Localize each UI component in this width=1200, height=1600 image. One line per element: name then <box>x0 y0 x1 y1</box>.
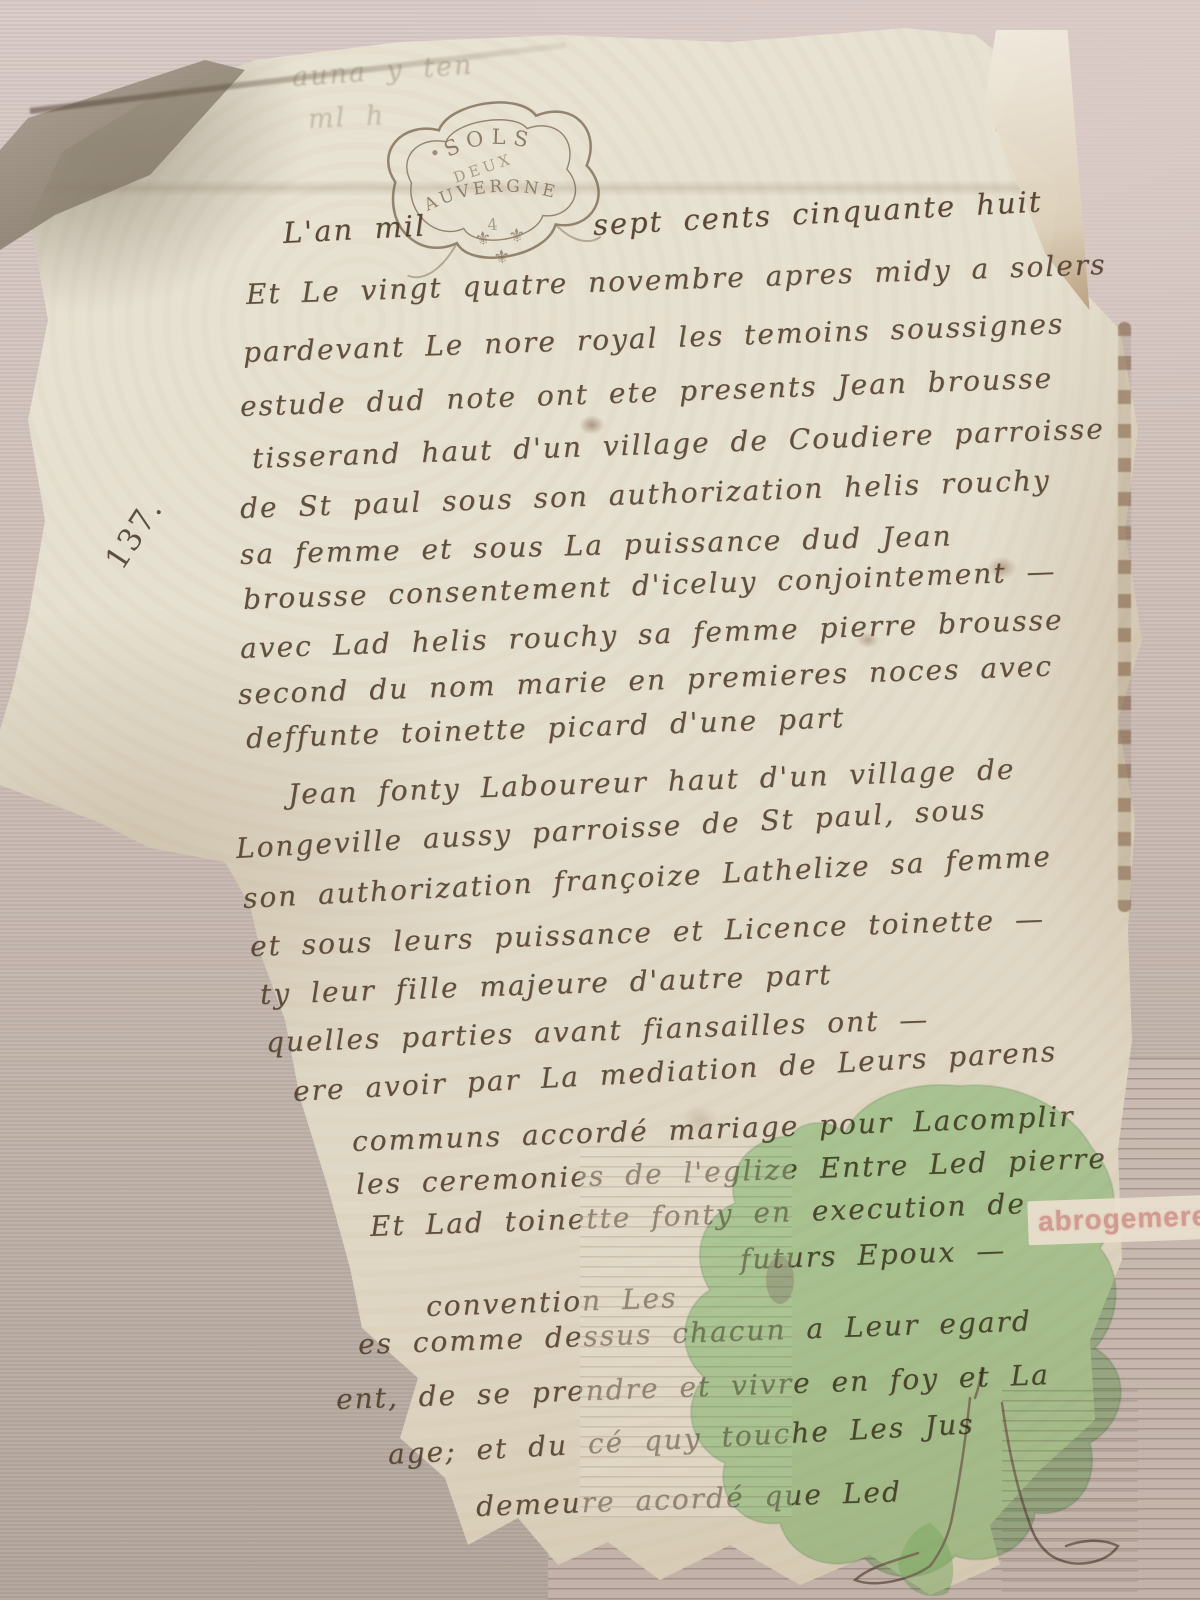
green-tree-watermark <box>630 1068 1170 1600</box>
photographed-manuscript: SOLS DEUX AUVERGNE 4 ⚜ ⚜ ⚜ 137. L'an mil… <box>0 0 1200 1600</box>
manuscript-line: ml h <box>307 100 386 135</box>
manuscript-line: ty leur fille majeure d'autre part <box>259 958 832 1011</box>
manuscript-line: sept cents cinquante huit <box>592 184 1043 242</box>
manuscript-line: deffunte toinette picard d'une part <box>245 701 845 755</box>
manuscript-line: pardevant Le nore royal les temoins sous… <box>242 307 1064 369</box>
tree-crown-blob <box>685 1085 1121 1577</box>
abrogemere-watermark-label: abrogemere <box>1027 1195 1200 1246</box>
manuscript-line: L'an mil <box>282 209 427 250</box>
manuscript-line: et sous leurs puissance et Licence toine… <box>249 902 1045 963</box>
manuscript-line: de St paul sous son authorization helis … <box>239 464 1051 525</box>
manuscript-line: estude dud note ont ete presents Jean br… <box>239 362 1053 423</box>
manuscript-line: auna y ten <box>291 49 474 93</box>
manuscript-line: Et Le vingt quatre novembre apres midy a… <box>245 248 1107 311</box>
gray-smudge <box>766 1256 794 1304</box>
